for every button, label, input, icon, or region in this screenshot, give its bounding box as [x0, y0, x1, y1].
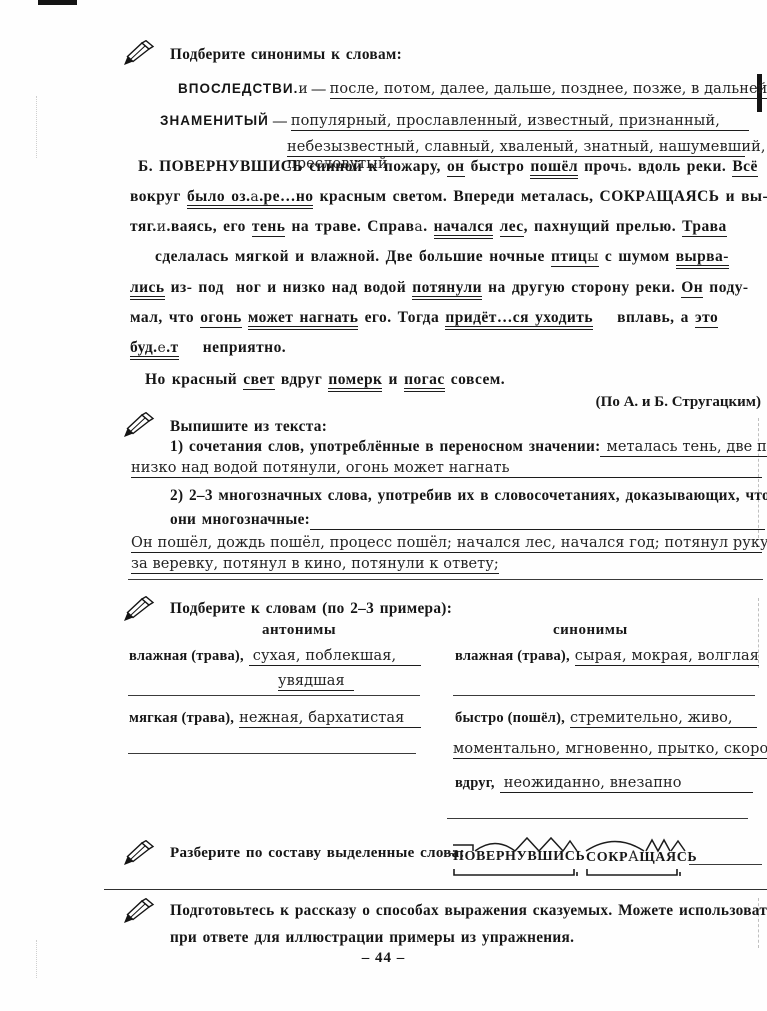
text-segment: Всё [732, 158, 757, 177]
handwritten-answer: моментально, мгновенно, прытко, скоро [453, 741, 767, 759]
text-segment: мал, что [130, 309, 200, 326]
handwritten-answer: за веревку, потянул в кино, потянули к о… [131, 556, 499, 574]
blank-answer-line [128, 579, 763, 580]
text-segment [493, 218, 499, 235]
text-segment: на другую сторону реки. [482, 279, 681, 296]
blank-answer-line [310, 512, 765, 530]
page-number: – 44 – [0, 950, 767, 967]
task2-q2-label: 2) 2–3 многозначных слова, употребив их … [170, 487, 767, 505]
dictation-line: тяг.и.ваясь, его тень на траве. Справа. … [130, 218, 727, 236]
text-segment: лись [130, 279, 165, 300]
text-segment: померк [328, 371, 382, 392]
text-segment: проч [578, 158, 620, 175]
text-segment: он [447, 158, 465, 177]
scanned-workbook-page: { "colors": {"ink": "#161616", "paper": … [0, 0, 767, 1011]
antonym-row: влажная (трава), сухая, поблекшая, [129, 648, 421, 666]
synonyms-header: синонимы [553, 622, 628, 639]
antonym-row-continuation: увядшая [278, 672, 354, 691]
text-segment: вдруг [275, 371, 329, 388]
word-label: вдруг, [455, 775, 495, 792]
word-label: влажная (трава), [129, 648, 244, 665]
text-segment: с шумом [599, 248, 676, 265]
dash: — [269, 114, 291, 129]
word-label: мягкая (трава), [129, 710, 234, 727]
text-segment: придёт…ся уходить [445, 309, 593, 330]
text-segment: ЩАЯСЬ и вы- [656, 188, 767, 205]
antonyms-header: антонимы [262, 622, 336, 639]
task4-instruction: Разберите по составу выделенные слова: [170, 845, 465, 862]
attribution: (По А. и Б. Стругацким) [596, 394, 761, 411]
task5-line2: при ответе для иллюстрации примеры из уп… [170, 929, 574, 947]
inserted-letter: а [414, 219, 423, 235]
task5-line1: Подготовьтесь к рассказу о способах выра… [170, 902, 767, 920]
text-segment: начался [434, 218, 494, 239]
word-label: влажная (трава), [455, 648, 570, 665]
dictation-line: вокруг было оз.а.ре…но красным светом. В… [130, 188, 767, 206]
handwritten-answer: увядшая [278, 673, 354, 691]
word-label: быстро (пошёл), [455, 710, 565, 727]
dictation-line: мал, что огонь может нагнать его. Тогда … [130, 309, 718, 327]
handwritten-answer: нежная, бархатистая [239, 710, 421, 728]
text-segment: его. Тогда [358, 309, 445, 326]
text-segment: это [695, 309, 718, 328]
synonym-row: вдруг, неожиданно, внезапно [455, 775, 753, 793]
word-part: ЩАЯСЬ [639, 850, 697, 865]
text-segment: лес [500, 218, 524, 237]
blank-answer-line [128, 695, 420, 696]
text-segment: сделалась мягкой и влажной. Две большие … [155, 248, 551, 265]
text-segment: потянули [412, 279, 482, 300]
text-segment: вырва- [676, 248, 729, 269]
dash: — [308, 82, 330, 97]
stem-bracket [451, 868, 579, 878]
text-segment: буд. [130, 339, 157, 360]
word-part: СОКР [586, 850, 628, 865]
text-segment: огонь [200, 309, 242, 328]
task2-q2-answer-line1: Он пошёл, дождь пошёл, процесс пошёл; на… [131, 534, 762, 553]
handwritten-answer: сухая, поблекшая, [249, 648, 421, 666]
text-segment: . вдоль реки. [628, 158, 733, 175]
analyzed-word: ПОВЕРНУВШИСЬ [453, 849, 585, 865]
dictation-line: Б. ПОВЕРНУВШИСЬ спиной к пожару, он быст… [138, 158, 758, 176]
text-segment: из- под ног и низко над водой [165, 279, 413, 296]
pencil-icon [122, 40, 156, 67]
morpheme-diagram-povernuvshis: ПОВЕРНУВШИСЬ [451, 835, 579, 881]
text-segment: вплавь, а [593, 309, 695, 326]
text-segment: поду- [703, 279, 748, 296]
handwritten-answer: сырая, мокрая, волглая [575, 648, 759, 666]
inserted-letter: А [645, 189, 656, 205]
text-segment: тяг. [130, 218, 157, 235]
text-segment: быстро [465, 158, 531, 175]
text-segment [242, 309, 248, 326]
inserted-letter: е [157, 340, 166, 360]
task2-q1-answer-line2: низко над водой потянули, огонь может на… [131, 459, 762, 478]
handwritten-answer: популярный, прославленный, известный, пр… [291, 113, 749, 131]
pencil-icon [122, 840, 156, 867]
text-segment: .т [166, 339, 178, 360]
pencil-icon [122, 596, 156, 623]
text-segment: Б. ПОВЕРНУВШИСЬ спиной к пожару, [138, 158, 447, 175]
text-segment: совсем. [445, 371, 505, 388]
inserted-letter: а [250, 189, 259, 209]
handwritten-answer: неожиданно, внезапно [500, 775, 753, 793]
blank-answer-line [447, 818, 748, 819]
scan-artifact-top-bar [38, 0, 77, 5]
text-segment: неприятно. [179, 339, 287, 356]
text-segment: вокруг [130, 188, 187, 205]
antonym-row: мягкая (трава), нежная, бархатистая [129, 710, 421, 728]
task1-item-vposledstvii: ВПОСЛЕДСТВИ.и—после, потом, далее, дальш… [178, 80, 767, 99]
task1-instruction: Подберите синонимы к словам: [170, 46, 402, 64]
dictation-line: Но красный свет вдруг померк и погас сов… [145, 371, 505, 389]
text-segment: красным светом. Впереди металась, СОКР [313, 188, 645, 205]
morpheme-diagram-sokrashchayas: СОКРАЩАЯСЬ [584, 835, 688, 881]
text-segment: Он [681, 279, 703, 298]
blank-answer-line [128, 753, 416, 754]
text-segment: Трава [682, 218, 727, 237]
task1-word1: ВПОСЛЕДСТВИ. [178, 81, 298, 96]
inserted-letter: ь [620, 159, 628, 175]
dictation-line: сделалась мягкой и влажной. Две большие … [155, 248, 729, 266]
dictation-line: лись из- под ног и низко над водой потян… [130, 279, 749, 297]
text-segment: тень [252, 218, 285, 237]
task2-q2-label2-text: они многозначные: [170, 511, 310, 529]
task2-q1: 1) сочетания слов, употреблённые в перен… [170, 438, 765, 457]
task3-instruction: Подберите к словам (по 2–3 примера): [170, 600, 452, 618]
section-separator-line [104, 889, 767, 890]
stem-bracket [584, 868, 684, 878]
handwritten-answer: металась тень, две птицы [600, 439, 767, 457]
task1-word2: ЗНАМЕНИТЫЙ [160, 113, 269, 128]
task2-q2-answer-line2: за веревку, потянул в кино, потянули к о… [131, 555, 499, 574]
handwritten-answer: низко над водой потянули, огонь может на… [131, 460, 762, 478]
answer-line [689, 864, 762, 865]
analyzed-word: СОКРАЩАЯСЬ [586, 849, 697, 866]
text-segment: погас [404, 371, 445, 392]
handwritten-answer: Он пошёл, дождь пошёл, процесс пошёл; на… [131, 535, 762, 553]
text-segment: птиц [551, 248, 587, 267]
text-segment: пошёл [530, 158, 578, 179]
dictation-line: буд.е.т неприятно. [130, 339, 286, 357]
text-segment: , пахнущий прелью. [524, 218, 683, 235]
task1-item-znamenity: ЗНАМЕНИТЫЙ—популярный, прославленный, из… [160, 112, 749, 131]
text-segment: на траве. Справ [285, 218, 414, 235]
text-segment: свет [243, 371, 275, 390]
inserted-letter: и [298, 81, 307, 97]
handwritten-answer: после, потом, далее, дальше, позднее, по… [330, 81, 767, 99]
text-segment: .ваясь, его [167, 218, 252, 235]
scan-artifact-left-dots [36, 96, 37, 158]
text-segment: .ре…но [259, 188, 313, 209]
inserted-letter: А [628, 849, 639, 865]
synonym-row: быстро (пошёл), стремительно, живо, [455, 710, 757, 728]
task2-q2-label2: они многозначные: [170, 511, 765, 530]
pencil-icon [122, 898, 156, 925]
pencil-icon [122, 412, 156, 439]
text-segment: может нагнать [248, 309, 359, 330]
task2-q1-label: 1) сочетания слов, употреблённые в перен… [170, 438, 600, 456]
text-segment: было оз. [187, 188, 250, 209]
handwritten-answer: стремительно, живо, [570, 710, 757, 728]
blank-answer-line [453, 695, 755, 696]
text-segment: . [423, 218, 433, 235]
synonym-row-continuation: моментально, мгновенно, прытко, скоро [453, 740, 767, 759]
text-segment: и [382, 371, 404, 388]
task2-instruction: Выпишите из текста: [170, 418, 327, 436]
inserted-letter: и [157, 219, 167, 235]
text-segment: Но красный [145, 371, 243, 388]
inserted-letter: ы [587, 249, 599, 267]
synonym-row: влажная (трава), сырая, мокрая, волглая [455, 648, 757, 666]
